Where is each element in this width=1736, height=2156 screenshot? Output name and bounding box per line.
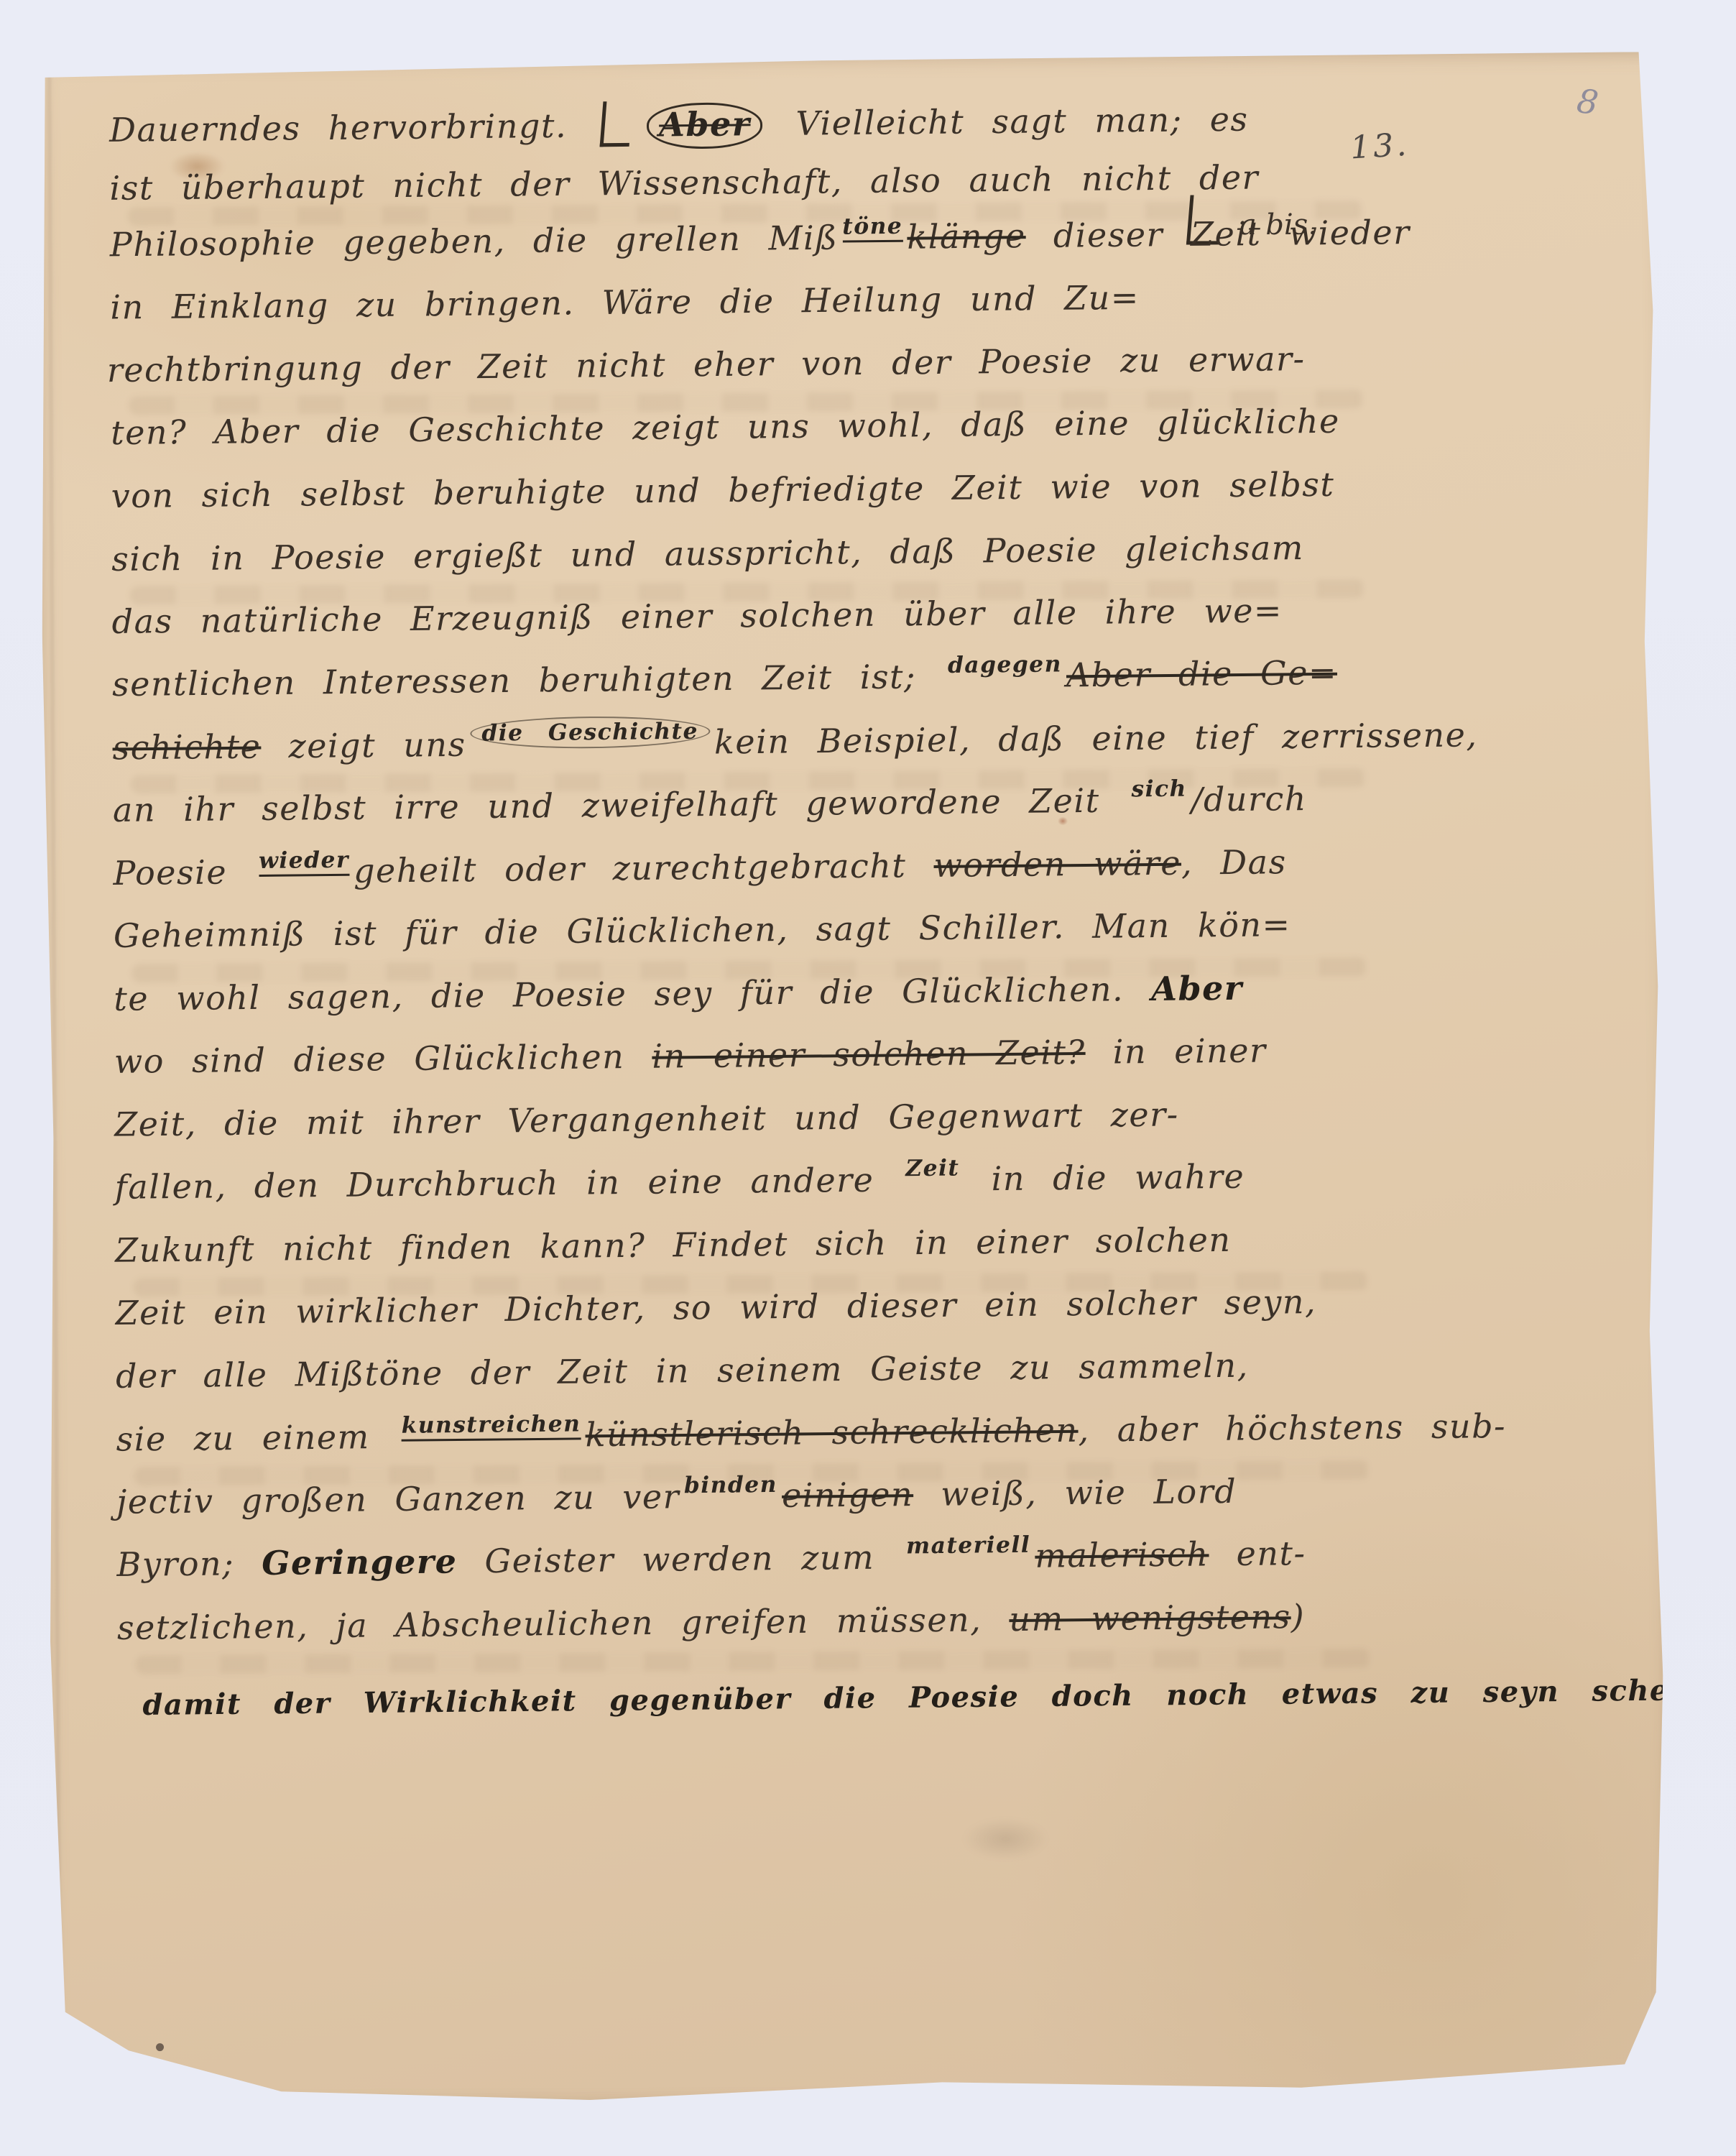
- handwritten-text-segment: Aber: [1151, 969, 1243, 1008]
- handwritten-text-segment: jectiv großen Ganzen zu ver: [116, 1477, 680, 1521]
- handwritten-text-segment: klänge: [907, 216, 1026, 257]
- handwritten-text-segment: sentlichen Interessen beruhigten Zeit is…: [112, 657, 944, 704]
- page-number: 13.: [1349, 126, 1410, 167]
- handwritten-text-segment: einigen: [782, 1475, 914, 1515]
- handwritten-text-segment: Poesie: [113, 852, 254, 893]
- handwritten-text-segment: wo sind diese Glücklichen: [114, 1037, 652, 1081]
- handwritten-text-segment: in einer solchen Zeit?: [652, 1033, 1086, 1076]
- handwritten-text-segment: Philosophie gegeben, die grellen Miß: [110, 218, 839, 264]
- handwritten-text-segment: Vielleicht sagt man; es: [768, 100, 1249, 143]
- handwritten-text-segment: worden wäre: [933, 844, 1181, 885]
- handwritten-text-segment: künstlerisch schrecklichen: [585, 1411, 1078, 1455]
- handwritten-text-segment: fallen, den Durchbruch in eine andere: [115, 1160, 902, 1207]
- scanned-manuscript-page: { "meta": { "kind": "scanned handwritten…: [0, 0, 1736, 2156]
- handwritten-text-segment: kein Beispiel, daß eine tief zerrissene,: [714, 715, 1478, 761]
- handwritten-text-segment: kunstreichen: [401, 1411, 581, 1441]
- ink-spot: [156, 2043, 164, 2051]
- handwritten-text-segment: in die wahre: [964, 1157, 1245, 1199]
- handwritten-text-segment: dagegen: [948, 651, 1062, 678]
- handwritten-text-segment: , Das: [1181, 842, 1287, 882]
- handwritten-text-segment: die Geschichte: [470, 715, 710, 749]
- handwritten-text-segment: malerisch: [1035, 1534, 1209, 1575]
- handwritten-text-segment: töne: [842, 213, 902, 242]
- handwritten-text-segment: in einer: [1085, 1031, 1266, 1071]
- handwritten-text-segment: Geringere: [262, 1542, 458, 1583]
- manuscript-paper-sheet: 8 13. a bis. Dauerndes hervorbringt. Abe…: [34, 52, 1674, 2111]
- handwritten-text-segment: geheilt oder zurechtgebracht: [354, 846, 934, 890]
- handwritten-text-segment: dieser Zeit wieder: [1025, 213, 1410, 255]
- handwritten-text-segment: Dauerndes hervorbringt.: [109, 106, 595, 149]
- handwritten-text-segment: materiell: [906, 1532, 1031, 1560]
- handwritten-text-segment: zeigt uns: [261, 725, 466, 766]
- handwritten-text-segment: Byron;: [116, 1544, 262, 1584]
- handwritten-text-segment: /durch: [1191, 779, 1307, 819]
- handwritten-text-segment: Geister werden zum: [457, 1538, 902, 1581]
- handwritten-text-segment: Zeit: [905, 1155, 959, 1181]
- handwritten-text-segment: um wenigstens: [1009, 1597, 1291, 1639]
- handwritten-text-segment: sie zu einem: [116, 1417, 397, 1459]
- handwritten-text-segment: Aber: [647, 102, 763, 149]
- handwritten-text-segment: , aber höchstens sub-: [1078, 1406, 1506, 1450]
- handwritten-text-segment: wieder: [259, 847, 349, 877]
- corner-insert-mark: [600, 101, 633, 147]
- handwritten-text-segment: binden: [684, 1472, 777, 1498]
- handwritten-text-segment: sich: [1131, 775, 1187, 802]
- handwritten-text-segment: ): [1291, 1597, 1305, 1636]
- handwritten-text-segment: ent-: [1209, 1534, 1306, 1573]
- handwritten-text-segment: weiß, wie Lord: [913, 1472, 1237, 1514]
- handwritten-text-segment: Aber die Ge=: [1066, 653, 1338, 695]
- handwritten-text-segment: schichte: [112, 727, 261, 768]
